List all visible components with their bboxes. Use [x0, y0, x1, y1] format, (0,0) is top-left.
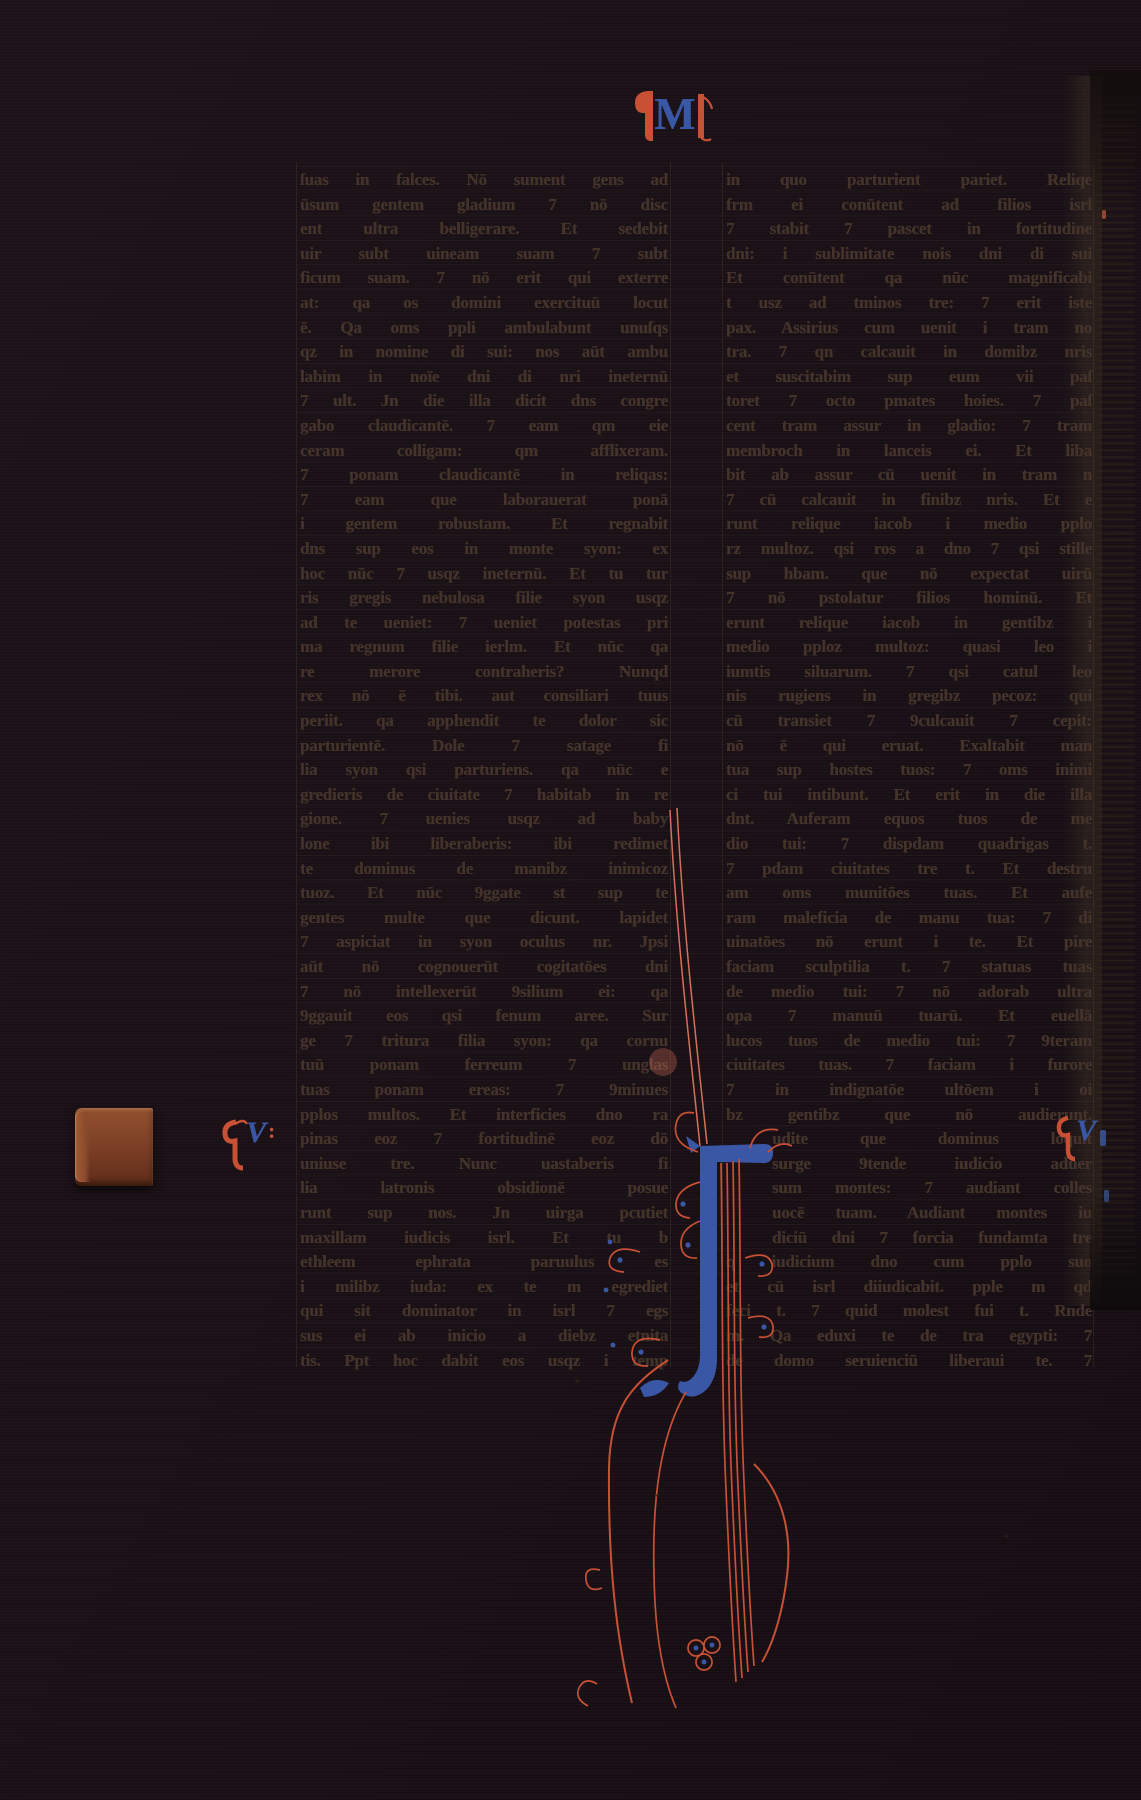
column-rule — [296, 162, 297, 1367]
manuscript-text-line: cent tram assur in gladio: 7 tram — [726, 414, 1092, 439]
chapter-mark-left: V : — [222, 1116, 275, 1176]
manuscript-text-line: ficum suam. 7 nō erit qui exterre — [300, 266, 668, 291]
ink-speck — [656, 1494, 659, 1497]
manuscript-text-line: 7 ponam claudicantē in reliqas: — [300, 463, 668, 488]
manuscript-text-line: lia syon qsi parturiens. qa nūc e — [300, 758, 668, 783]
manuscript-text-line: medio pploz multoz: quasi leo i — [726, 635, 1092, 660]
manuscript-text-line: rex nō ē tibi. aut consiliari tuus — [300, 684, 668, 709]
running-head-letter: M — [654, 88, 695, 140]
manuscript-text-line: at: qa os domini exercituū locut — [300, 291, 668, 316]
manuscript-photo: M ſuas in falces. Nō sument gens adūsum … — [0, 0, 1141, 1800]
manuscript-text-line: tra. 7 qn calcauit in domibz nris — [726, 340, 1092, 365]
manuscript-text-line: et suscitabim sup eum vii paſ — [726, 365, 1092, 390]
manuscript-text-line: ſuas in falces. Nō sument gens ad — [300, 168, 668, 193]
fore-edge-top-shadow — [1090, 70, 1141, 220]
fore-edge-text-blur — [1097, 104, 1135, 1274]
manuscript-text-line: 7 stabit 7 pascet in fortitudine — [726, 217, 1092, 242]
manuscript-text-line: gabo claudicantē. 7 eam qm eie — [300, 414, 668, 439]
manuscript-text-line: 7 cū calcauit in finibz nris. Et e — [726, 488, 1092, 513]
manuscript-text-line: i gentem robustam. Et regnabit — [300, 512, 668, 537]
manuscript-text-line: 7 ult. Jn die illa dicit dns congre — [300, 389, 668, 414]
manuscript-text-line: dns sup eos in monte syon: ex — [300, 537, 668, 562]
fore-edge-bottom-shadow — [1090, 1190, 1141, 1310]
manuscript-text-line: parturientē. Dole 7 satage fi — [300, 734, 668, 759]
manuscript-text-line: nō ē qui eruat. Exaltabit man — [726, 734, 1092, 759]
manuscript-text-line: cū transiet 7 9culcauit 7 cepit: — [726, 709, 1092, 734]
manuscript-text-line: periit. qa apphendit te dolor sic — [300, 709, 668, 734]
rubric-stroke-icon — [694, 92, 714, 148]
manuscript-text-line: ma regnum filie ierlm. Et nūc qa — [300, 635, 668, 660]
manuscript-text-line: Et conūtent qa nūc magnificabi — [726, 266, 1092, 291]
chapter-dots: : — [268, 1116, 275, 1146]
running-head: M — [632, 88, 722, 150]
manuscript-text-line: in quo parturient pariet. Reliqe — [726, 168, 1092, 193]
paraph-icon — [1056, 1114, 1078, 1166]
manuscript-text-line: iumtis siluarum. 7 qsi catul leo — [726, 660, 1092, 685]
manuscript-text-line: t usz ad tminos tre: 7 erit iste — [726, 291, 1092, 316]
manuscript-text-line: hoc nūc 7 usqz ineternū. Et tu tur — [300, 562, 668, 587]
manuscript-text-line: erunt relique iacob in gentibz i — [726, 611, 1092, 636]
fore-edge — [1090, 70, 1141, 1310]
manuscript-text-line: 7 eam que laborauerat ponā — [300, 488, 668, 513]
manuscript-text-line: rz multoz. qsi ros a dno 7 qsi stille — [726, 537, 1092, 562]
manuscript-text-line: toret 7 octo pmates hoies. 7 paſ — [726, 389, 1092, 414]
manuscript-text-line: ris gregis nebulosa filie syon usqz — [300, 586, 668, 611]
illuminated-initial-flourish — [540, 800, 810, 1715]
chapter-initial — [640, 1136, 773, 1397]
manuscript-text-line: ē. Qa oms ppli ambulabunt unuſqs — [300, 316, 668, 341]
manuscript-text-line: runt relique iacob i medio pplo — [726, 512, 1092, 537]
manuscript-text-line: labim in noīe dni di nri ineternū — [300, 365, 668, 390]
manuscript-text-line: sup hbam. que nō expectat uirū — [726, 562, 1092, 587]
manuscript-text-line: tua sup hostes tuos: 7 oms inimi — [726, 758, 1092, 783]
manuscript-text-line: membroch in lanceis ei. Et liba — [726, 439, 1092, 464]
ink-speck — [575, 1379, 579, 1383]
manuscript-text-line: re merore contraheris? Nunqd — [300, 660, 668, 685]
ink-speck — [1005, 1535, 1008, 1538]
manuscript-text-line: qz in nomine di sui: nos aūt ambu — [300, 340, 668, 365]
manuscript-text-line: uir subt uineam suam 7 subt — [300, 242, 668, 267]
manuscript-text-line: ent ultra belligerare. Et sedebit — [300, 217, 668, 242]
bookmark-tab — [75, 1108, 153, 1186]
manuscript-text-line: ceram colligam: qm afflixeram. — [300, 439, 668, 464]
manuscript-text-line: pax. Assirius cum uenit i tram no — [726, 316, 1092, 341]
manuscript-text-line: ad te ueniet: 7 ueniet potestas pri — [300, 611, 668, 636]
paraph-icon — [222, 1116, 248, 1176]
manuscript-text-line: bit ab assur cū uenit in tram n — [726, 463, 1092, 488]
manuscript-text-line: frm ei conūtent ad filios isrl — [726, 193, 1092, 218]
paraph-icon — [632, 88, 656, 146]
manuscript-text-line: dni: i sublimitate nois dni di sui — [726, 242, 1092, 267]
manuscript-text-line: nis rugiens in gregibz pecoz: qui — [726, 684, 1092, 709]
fore-edge-blue-mark — [1100, 1130, 1106, 1146]
chapter-numeral: V — [246, 1116, 266, 1150]
bookmark-tab-fold — [75, 1111, 90, 1182]
manuscript-text-line: ūsum gentem gladium 7 nō disc — [300, 193, 668, 218]
manuscript-text-line: 7 nō pstolatur filios hominū. Et — [726, 586, 1092, 611]
